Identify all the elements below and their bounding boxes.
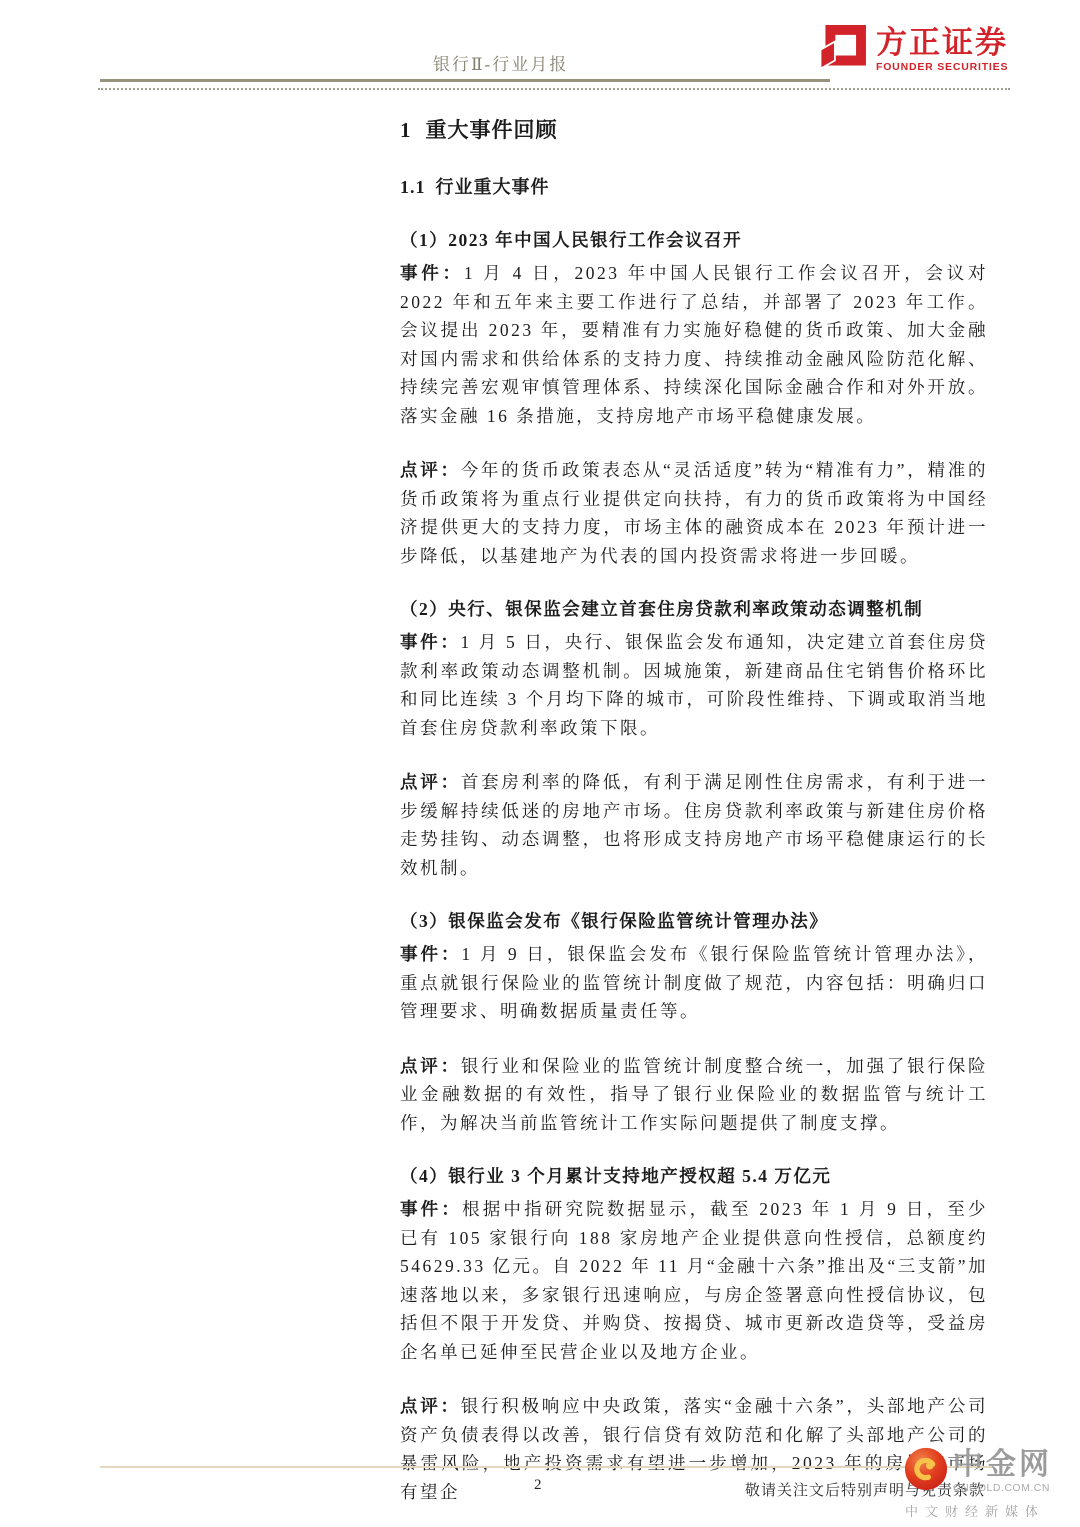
event-label: 事件： xyxy=(400,1199,462,1219)
watermark-tagline: 中文财经新媒体 xyxy=(903,1501,1080,1520)
event-section-3: （3）银保监会发布《银行保险监管统计管理办法》 事件：1 月 9 日，银保监会发… xyxy=(400,908,988,1137)
event-section-4: （4）银行业 3 个月累计支持地产授权超 5.4 万亿元 事件：根据中指研究院数… xyxy=(400,1163,988,1506)
logo-cn-text: 方正证券 xyxy=(876,27,1008,58)
report-page: 银行Ⅱ-行业月报 方正证券 FOUNDER SECURITIES 1重大事件回顾… xyxy=(0,0,1080,1527)
header-rule xyxy=(100,79,830,82)
event-heading: （3）银保监会发布《银行保险监管统计管理办法》 xyxy=(400,908,988,933)
section-number: 1.1 xyxy=(400,177,426,197)
event-paragraph: 事件：1 月 5 日，央行、银保监会发布通知，决定建立首套住房贷款利率政策动态调… xyxy=(400,628,988,742)
event-text: 1 月 9 日，银保监会发布《银行保险监管统计管理办法》，重点就银行保险业的监管… xyxy=(400,944,988,1021)
event-paragraph: 事件：1 月 9 日，银保监会发布《银行保险监管统计管理办法》，重点就银行保险业… xyxy=(400,940,988,1026)
event-label: 事件： xyxy=(400,263,464,283)
comment-text: 今年的货币政策表态从“灵活适度”转为“精准有力”，精准的货币政策将为重点行业提供… xyxy=(400,460,988,566)
event-heading: （2）央行、银保监会建立首套住房贷款利率政策动态调整机制 xyxy=(400,596,988,621)
cngold-watermark: 中金网 CNGOLD.COM.CN 中文财经新媒体 xyxy=(903,1446,1080,1520)
founder-logo-icon xyxy=(816,20,870,79)
section-title-text: 行业重大事件 xyxy=(436,177,550,197)
event-heading: （1）2023 年中国人民银行工作会议召开 xyxy=(400,227,988,252)
comment-label: 点评： xyxy=(400,772,461,792)
chapter-title: 1重大事件回顾 xyxy=(400,114,988,144)
comment-paragraph: 点评：今年的货币政策表态从“灵活适度”转为“精准有力”，精准的货币政策将为重点行… xyxy=(400,456,988,570)
event-text: 根据中指研究院数据显示，截至 2023 年 1 月 9 日，至少已有 105 家… xyxy=(400,1199,988,1362)
comment-text: 银行业和保险业的监管统计制度整合统一，加强了银行保险业金融数据的有效性，指导了银… xyxy=(400,1056,988,1133)
event-text: 1 月 4 日，2023 年中国人民银行工作会议召开，会议对 2022 年和五年… xyxy=(400,263,988,426)
event-paragraph: 事件：根据中指研究院数据显示，截至 2023 年 1 月 9 日，至少已有 10… xyxy=(400,1195,988,1366)
event-section-2: （2）央行、银保监会建立首套住房贷款利率政策动态调整机制 事件：1 月 5 日，… xyxy=(400,596,988,882)
comment-text: 首套房利率的降低，有利于满足刚性住房需求，有利于进一步缓解持续低迷的房地产市场。… xyxy=(400,772,988,878)
comment-label: 点评： xyxy=(400,1396,461,1416)
chapter-title-text: 重大事件回顾 xyxy=(426,118,558,142)
event-label: 事件： xyxy=(400,632,461,652)
comment-label: 点评： xyxy=(400,460,461,480)
event-label: 事件： xyxy=(400,944,461,964)
header-dotted-rule xyxy=(98,88,1010,90)
founder-securities-logo: 方正证券 FOUNDER SECURITIES xyxy=(816,20,1008,79)
event-section-1: （1）2023 年中国人民银行工作会议召开 事件：1 月 4 日，2023 年中… xyxy=(400,227,988,570)
page-number: 2 xyxy=(534,1477,542,1494)
event-paragraph: 事件：1 月 4 日，2023 年中国人民银行工作会议召开，会议对 2022 年… xyxy=(400,259,988,430)
comment-paragraph: 点评：首套房利率的降低，有利于满足刚性住房需求，有利于进一步缓解持续低迷的房地产… xyxy=(400,768,988,882)
footer-rule xyxy=(100,1466,993,1468)
watermark-url: CNGOLD.COM.CN xyxy=(953,1483,1052,1494)
chapter-number: 1 xyxy=(400,118,412,142)
cngold-logo-icon xyxy=(903,1446,949,1497)
watermark-name: 中金网 xyxy=(953,1450,1052,1480)
section-title: 1.1行业重大事件 xyxy=(400,173,988,199)
event-text: 1 月 5 日，央行、银保监会发布通知，决定建立首套住房贷款利率政策动态调整机制… xyxy=(400,632,988,738)
logo-en-text: FOUNDER SECURITIES xyxy=(876,62,1008,73)
report-body: 1重大事件回顾 1.1行业重大事件 （1）2023 年中国人民银行工作会议召开 … xyxy=(400,114,988,1527)
comment-paragraph: 点评：银行业和保险业的监管统计制度整合统一，加强了银行保险业金融数据的有效性，指… xyxy=(400,1052,988,1138)
comment-label: 点评： xyxy=(400,1056,461,1076)
doc-type-label: 银行Ⅱ-行业月报 xyxy=(433,50,568,75)
event-heading: （4）银行业 3 个月累计支持地产授权超 5.4 万亿元 xyxy=(400,1163,988,1188)
